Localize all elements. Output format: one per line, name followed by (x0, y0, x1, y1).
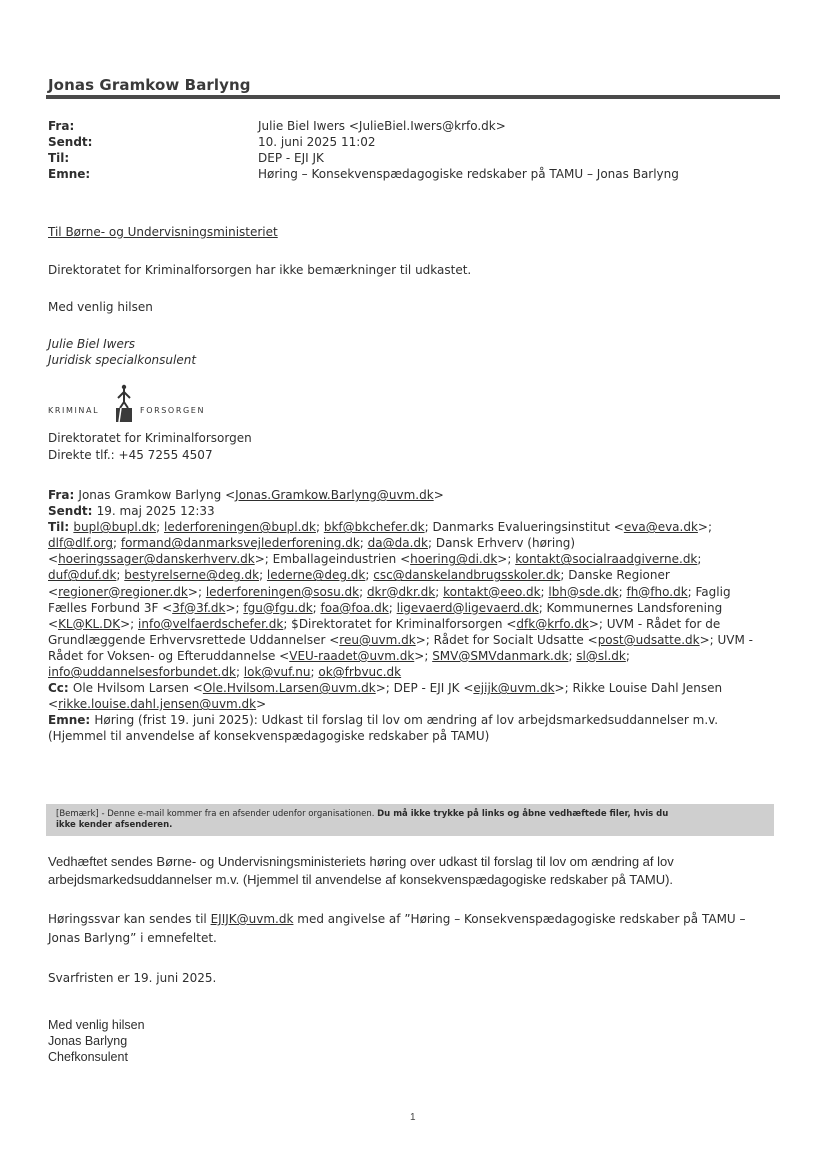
email-link[interactable]: 3f@3f.dk (172, 601, 225, 615)
recipient-text: ; (236, 665, 244, 679)
email-link[interactable]: csc@danskelandbrugsskoler.dk (373, 568, 560, 582)
document-title: Jonas Gramkow Barlyng (48, 76, 251, 94)
fwd-subject-label: Emne: (48, 713, 94, 727)
email-link[interactable]: fh@fho.dk (626, 585, 687, 599)
original-para1-line2: arbejdsmarkedsuddannelser m.v. (Hjemmel … (48, 871, 673, 889)
recipient-text: >; DEP - EJI JK < (376, 681, 474, 695)
original-signer-name: Jonas Barlyng (48, 1033, 127, 1049)
recipient-text: ; Kommunernes Landsforening (539, 601, 723, 615)
header-subject-value: Høring – Konsekvenspædagogiske redskaber… (258, 166, 679, 182)
email-link[interactable]: lederne@deg.dk (267, 568, 365, 582)
email-link[interactable]: fgu@fgu.dk (243, 601, 312, 615)
fwd-sent-label: Sendt: (48, 504, 97, 518)
fwd-cc-line: Cc: Ole Hvilsom Larsen <Ole.Hvilsom.Lars… (48, 680, 778, 696)
recipient-text: < (48, 697, 58, 711)
email-link[interactable]: ok@frbvuc.dk (318, 665, 401, 679)
email-link[interactable]: VEU-raadet@uvm.dk (289, 649, 414, 663)
recipient-text: ; (626, 649, 630, 663)
email-link[interactable]: rikke.louise.dahl.jensen@uvm.dk (58, 697, 256, 711)
recipient-text: ; (435, 585, 443, 599)
email-link[interactable]: hoering@di.dk (410, 552, 497, 566)
email-link[interactable]: bkf@bkchefer.dk (324, 520, 425, 534)
reply-body: Direktoratet for Kriminalforsorgen har i… (48, 262, 471, 278)
recipient-text: ; $Direktoratet for Kriminalforsorgen < (283, 617, 516, 631)
reply-signer-title: Juridisk specialkonsulent (48, 352, 196, 368)
fwd-to-label: Til: (48, 520, 73, 534)
recipient-text: ; (113, 536, 121, 550)
reply-org: Direktoratet for Kriminalforsorgen (48, 430, 252, 446)
recipient-text: >; (120, 617, 138, 631)
recipient-text: >; UVM - (700, 633, 753, 647)
recipient-text: ; (259, 568, 267, 582)
original-signer-title: Chefkonsulent (48, 1049, 128, 1065)
recipient-text: >; Emballageindustrien < (255, 552, 410, 566)
email-link[interactable]: bupl@bupl.dk (73, 520, 156, 534)
recipient-text: >; (414, 649, 432, 663)
logo-figure-icon (112, 384, 138, 424)
recipient-text: >; Rådet for Socialt Udsatte < (416, 633, 598, 647)
header-to-label: Til: (48, 150, 198, 166)
email-link[interactable]: lbh@sde.dk (548, 585, 618, 599)
email-link[interactable]: eva@eva.dk (624, 520, 698, 534)
recipient-text: < (48, 585, 58, 599)
recipient-text: >; (225, 601, 243, 615)
fwd-cc-label: Cc: (48, 681, 73, 695)
email-link[interactable]: hoeringssager@danskerhverv.dk (58, 552, 255, 566)
recipient-text: ; (360, 536, 368, 550)
email-link[interactable]: SMV@SMVdanmark.dk (432, 649, 568, 663)
recipient-text: >; (497, 552, 515, 566)
email-link[interactable]: post@udsatte.dk (598, 633, 700, 647)
recipient-text: >; UVM - Rådet for de (589, 617, 720, 631)
email-link[interactable]: KL@KL.DK (58, 617, 120, 631)
header-subject-label: Emne: (48, 166, 198, 182)
fwd-to-line: Fælles Forbund 3F <3f@3f.dk>; fgu@fgu.dk… (48, 600, 778, 616)
email-link[interactable]: kontakt@eeo.dk (443, 585, 540, 599)
kriminalforsorgen-logo: KRIMINAL FORSORGEN (48, 384, 218, 424)
original-closing: Med venlig hilsen (48, 1017, 145, 1033)
recipient-text: < (48, 552, 58, 566)
email-link[interactable]: Ole.Hvilsom.Larsen@uvm.dk (203, 681, 376, 695)
recipient-text: ; Danmarks Evalueringsinstitut < (425, 520, 624, 534)
fwd-to-line: info@uddannelsesforbundet.dk; lok@vuf.nu… (48, 664, 778, 680)
banner-text-normal: [Bemærk] - Denne e-mail kommer fra en af… (56, 809, 377, 819)
email-link[interactable]: lederforeningen@sosu.dk (206, 585, 359, 599)
header-sent-label: Sendt: (48, 134, 198, 150)
header-from-value: Julie Biel Iwers <JulieBiel.Iwers@krfo.d… (258, 118, 506, 134)
recipient-text: ; (359, 585, 367, 599)
fwd-cc-line: <rikke.louise.dahl.jensen@uvm.dk> (48, 696, 778, 712)
fwd-to-line: Til: bupl@bupl.dk; lederforeningen@bupl.… (48, 519, 778, 535)
reply-closing: Med venlig hilsen (48, 299, 153, 315)
logo-word-right: FORSORGEN (140, 406, 205, 415)
email-link[interactable]: ligevaerd@ligevaerd.dk (397, 601, 539, 615)
recipient-text: Grundlæggende Erhvervsrettede Uddannelse… (48, 633, 339, 647)
recipient-text: ; Danske Regioner (560, 568, 669, 582)
email-link[interactable]: lok@vuf.nu (244, 665, 311, 679)
header-to-value: DEP - EJI JK (258, 150, 324, 166)
original-para2-line1: Høringssvar kan sendes til EJIJK@uvm.dk … (48, 910, 746, 928)
header-sent-value: 10. juni 2025 11:02 (258, 134, 376, 150)
recipient-text: Rådet for Voksen- og Efteruddannelse < (48, 649, 289, 663)
email-link[interactable]: dlf@dlf.org (48, 536, 113, 550)
email-link[interactable]: reu@uvm.dk (339, 633, 415, 647)
fwd-subject-line2: (Hjemmel til anvendelse af konsekvenspæd… (48, 728, 778, 744)
reply-signer-name: Julie Biel Iwers (48, 336, 135, 352)
fwd-from-label: Fra: (48, 488, 78, 502)
recipient-text: >; Rikke Louise Dahl Jensen (555, 681, 723, 695)
email-link[interactable]: lederforeningen@bupl.dk (164, 520, 316, 534)
recipient-text: < (48, 617, 58, 631)
email-link[interactable]: dfk@krfo.dk (516, 617, 588, 631)
fwd-to-recipients: Til: bupl@bupl.dk; lederforeningen@bupl.… (48, 519, 778, 680)
email-link[interactable]: da@da.dk (368, 536, 428, 550)
fwd-subject-row: Emne: Høring (frist 19. juni 2025): Udka… (48, 712, 778, 728)
original-para2-line2: Jonas Barlyng” i emnefeltet. (48, 929, 217, 947)
para2-post: med angivelse af ”Høring – Konsekvenspæd… (293, 912, 745, 926)
email-link[interactable]: sl@sl.dk (576, 649, 626, 663)
email-link[interactable]: formand@danmarksvejlederforening.dk (121, 536, 360, 550)
header-from-label: Fra: (48, 118, 198, 134)
email-link[interactable]: info@uddannelsesforbundet.dk (48, 665, 236, 679)
fwd-subject-line1: Høring (frist 19. juni 2025): Udkast til… (94, 713, 718, 727)
email-link[interactable]: dkr@dkr.dk (367, 585, 435, 599)
recipient-text: ; (316, 520, 324, 534)
fwd-to-line: dlf@dlf.org; formand@danmarksvejlederfor… (48, 535, 778, 551)
recipient-text: >; (698, 520, 712, 534)
recipient-text: ; (389, 601, 397, 615)
forwarded-header: Fra: Jonas Gramkow Barlyng <Jonas.Gramko… (48, 487, 778, 745)
recipient-text: ; (313, 601, 321, 615)
original-para1-line1: Vedhæftet sendes Børne- og Undervisnings… (48, 853, 674, 871)
fwd-to-line: <hoeringssager@danskerhverv.dk>; Emballa… (48, 551, 778, 567)
email-link[interactable]: ejijk@uvm.dk (473, 681, 554, 695)
external-sender-warning-banner: [Bemærk] - Denne e-mail kommer fra en af… (46, 804, 774, 836)
para2-pre: Høringssvar kan sendes til (48, 912, 211, 926)
fwd-from-end: > (434, 488, 444, 502)
fwd-to-line: Rådet for Voksen- og Efteruddannelse <VE… (48, 648, 778, 664)
fwd-sent-row: Sendt: 19. maj 2025 12:33 (48, 503, 778, 519)
email-link[interactable]: info@velfaerdschefer.dk (138, 617, 283, 631)
banner-text-bold: Du må ikke trykke på links og åbne vedhæ… (377, 809, 668, 819)
recipient-text: ; Dansk Erhverv (høring) (428, 536, 575, 550)
recipient-text: ; Faglig (688, 585, 731, 599)
recipient-text: > (256, 697, 266, 711)
fwd-to-line: <regioner@regioner.dk>; lederforeningen@… (48, 584, 778, 600)
fwd-from-row: Fra: Jonas Gramkow Barlyng <Jonas.Gramko… (48, 487, 778, 503)
email-link[interactable]: regioner@regioner.dk (58, 585, 188, 599)
email-link[interactable]: kontakt@socialraadgiverne.dk (515, 552, 697, 566)
reply-phone: Direkte tlf.: +45 7255 4507 (48, 447, 213, 463)
document-page: Jonas Gramkow Barlyng Fra: Julie Biel Iw… (0, 0, 828, 1169)
reply-salutation: Til Børne- og Undervisningsministeriet (48, 224, 278, 240)
fwd-from-name: Jonas Gramkow Barlyng < (78, 488, 235, 502)
fwd-cc-recipients: Cc: Ole Hvilsom Larsen <Ole.Hvilsom.Lars… (48, 680, 778, 712)
recipient-text: ; (697, 552, 701, 566)
fwd-to-line: <KL@KL.DK>; info@velfaerdschefer.dk; $Di… (48, 616, 778, 632)
email-link[interactable]: foa@foa.dk (321, 601, 389, 615)
email-link[interactable]: duf@duf.dk (48, 568, 116, 582)
title-rule (46, 95, 780, 99)
banner-text-bold-2: ikke kender afsenderen. (56, 820, 172, 830)
logo-word-left: KRIMINAL (48, 406, 99, 415)
ejijk-email-link[interactable]: EJIJK@uvm.dk (211, 912, 294, 926)
fwd-to-line: duf@duf.dk; bestyrelserne@deg.dk; ledern… (48, 567, 778, 583)
original-deadline: Svarfristen er 19. juni 2025. (48, 969, 216, 987)
email-link[interactable]: bestyrelserne@deg.dk (124, 568, 259, 582)
fwd-sent-value: 19. maj 2025 12:33 (97, 504, 215, 518)
fwd-to-line: Grundlæggende Erhvervsrettede Uddannelse… (48, 632, 778, 648)
page-number: 1 (410, 1112, 416, 1123)
recipient-text: >; (188, 585, 206, 599)
recipient-text: Fælles Forbund 3F < (48, 601, 172, 615)
recipient-text: ; (156, 520, 164, 534)
fwd-from-email-link[interactable]: Jonas.Gramkow.Barlyng@uvm.dk (235, 488, 434, 502)
recipient-text: Ole Hvilsom Larsen < (73, 681, 203, 695)
